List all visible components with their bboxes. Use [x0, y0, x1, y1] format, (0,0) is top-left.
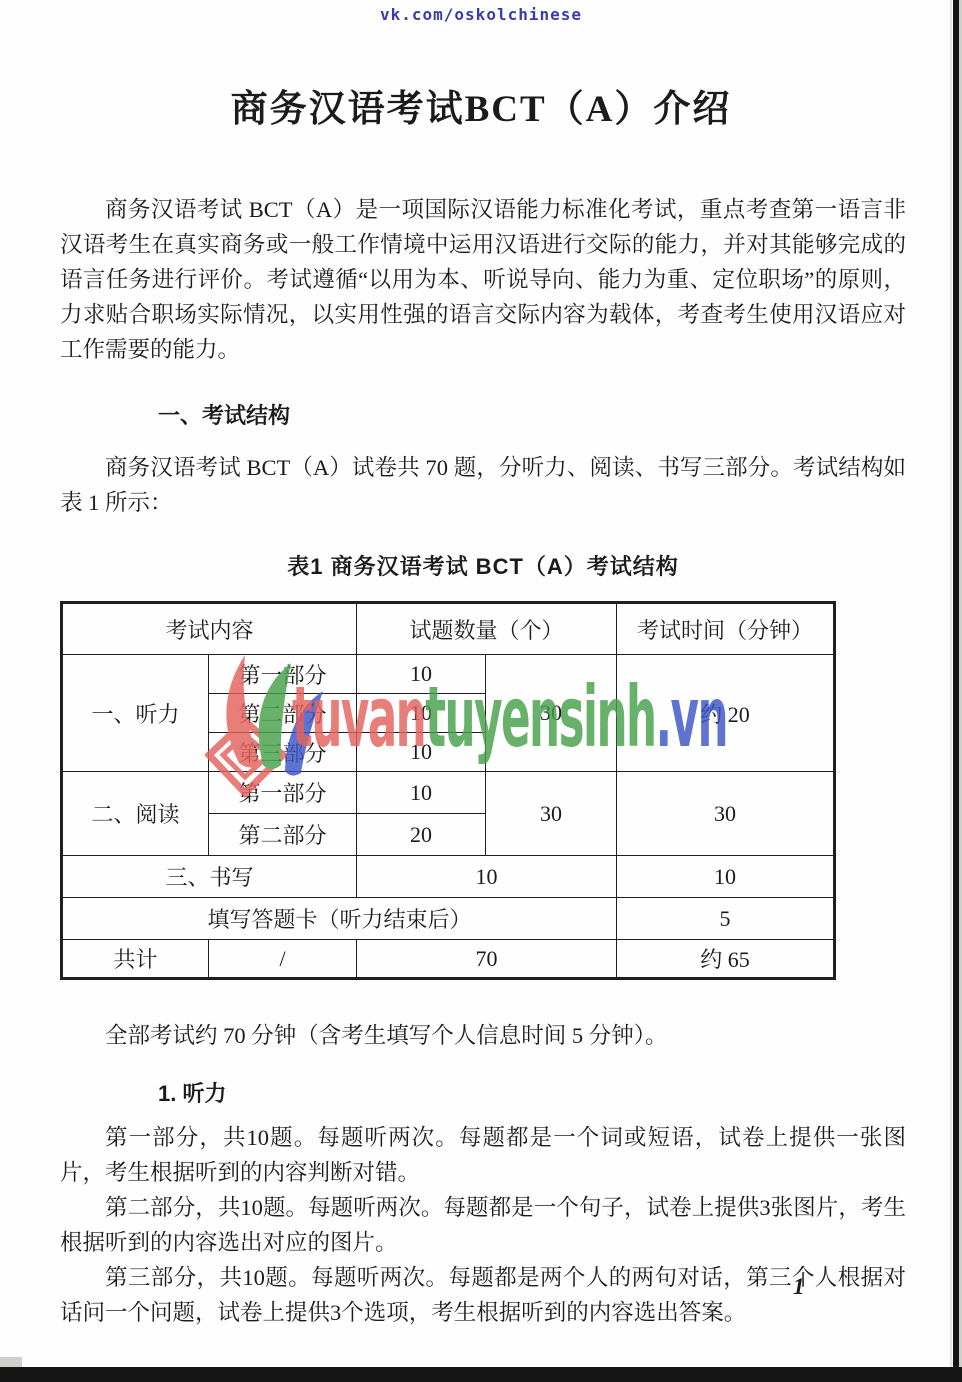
cell-listening-count1: 10	[357, 655, 486, 694]
table-row: 共计 / 70 约 65	[62, 940, 835, 979]
cell-listening-part2: 第二部分	[209, 694, 357, 733]
header-cell-count: 试题数量（个）	[357, 603, 617, 655]
table-caption: 表1 商务汉语考试 BCT（A）考试结构	[60, 550, 906, 581]
cell-reading-part2: 第二部分	[209, 814, 357, 856]
document-body: 商务汉语考试 BCT（A）是一项国际汉语能力标准化考试，重点考查第一语言非汉语考…	[60, 192, 906, 581]
section-intro-paragraph: 商务汉语考试 BCT（A）试卷共 70 题，分听力、阅读、书写三部分。考试结构如…	[60, 450, 906, 520]
cell-reading-label: 二、阅读	[62, 772, 209, 856]
cell-listening-count2: 10	[357, 694, 486, 733]
cell-answer-card-label: 填写答题卡（听力结束后）	[62, 898, 617, 940]
cell-reading-count1: 10	[357, 772, 486, 814]
exam-structure-table: 考试内容 试题数量（个） 考试时间（分钟） 一、听力 第一部分 10 30 约 …	[60, 601, 836, 980]
document-body-lower: 全部考试约 70 分钟（含考生填写个人信息时间 5 分钟）。 1. 听力 第一部…	[60, 1018, 906, 1330]
listening-part2-paragraph: 第二部分，共10题。每题听两次。每题都是一个句子，试卷上提供3张图片，考生根据听…	[60, 1190, 906, 1260]
page-number: 1	[793, 1274, 805, 1300]
cell-listening-part3: 第三部分	[209, 733, 357, 772]
cell-reading-part1: 第一部分	[209, 772, 357, 814]
subsection-heading-listening: 1. 听力	[158, 1077, 906, 1108]
table-row: 一、听力 第一部分 10 30 约 20	[62, 655, 835, 694]
cell-writing-time: 10	[617, 856, 835, 898]
cell-writing-count: 10	[357, 856, 617, 898]
table-row: 三、书写 10 10	[62, 856, 835, 898]
listening-part1-paragraph: 第一部分，共10题。每题听两次。每题都是一个词或短语，试卷上提供一张图片，考生根…	[60, 1120, 906, 1190]
cell-listening-time: 约 20	[617, 655, 835, 772]
scanned-document-page: vk.com/oskolchinese 商务汉语考试BCT（A）介绍 商务汉语考…	[0, 0, 962, 1382]
cell-answer-card-time: 5	[617, 898, 835, 940]
exam-structure-table-area: 考试内容 试题数量（个） 考试时间（分钟） 一、听力 第一部分 10 30 约 …	[60, 601, 833, 980]
cell-reading-time: 30	[617, 772, 835, 856]
table-row: 二、阅读 第一部分 10 30 30	[62, 772, 835, 814]
scan-edge-bottom-gray	[0, 1357, 22, 1367]
header-cell-content: 考试内容	[62, 603, 357, 655]
table-row: 填写答题卡（听力结束后） 5	[62, 898, 835, 940]
cell-total-slash: /	[209, 940, 357, 979]
cell-listening-label: 一、听力	[62, 655, 209, 772]
listening-part3-paragraph: 第三部分，共10题。每题听两次。每题都是两个人的两句对话，第三个人根据对话问一个…	[60, 1260, 906, 1330]
cell-writing-label: 三、书写	[62, 856, 357, 898]
cell-total-label: 共计	[62, 940, 209, 979]
page-title: 商务汉语考试BCT（A）介绍	[0, 78, 962, 132]
cell-total-count: 70	[357, 940, 617, 979]
scan-edge-line	[950, 0, 952, 1382]
scan-edge-bottom	[0, 1367, 962, 1382]
cell-listening-total: 30	[486, 655, 617, 772]
table-header-row: 考试内容 试题数量（个） 考试时间（分钟）	[62, 603, 835, 655]
source-link-text: vk.com/oskolchinese	[0, 0, 962, 24]
cell-listening-part1: 第一部分	[209, 655, 357, 694]
listening-section: 第一部分，共10题。每题听两次。每题都是一个词或短语，试卷上提供一张图片，考生根…	[60, 1120, 906, 1330]
intro-paragraph: 商务汉语考试 BCT（A）是一项国际汉语能力标准化考试，重点考查第一语言非汉语考…	[60, 192, 906, 367]
cell-listening-count3: 10	[357, 733, 486, 772]
cell-reading-count2: 20	[357, 814, 486, 856]
cell-reading-total: 30	[486, 772, 617, 856]
after-table-paragraph: 全部考试约 70 分钟（含考生填写个人信息时间 5 分钟）。	[60, 1018, 906, 1053]
cell-total-time: 约 65	[617, 940, 835, 979]
section-heading-exam-structure: 一、考试结构	[158, 399, 906, 430]
header-cell-time: 考试时间（分钟）	[617, 603, 835, 655]
